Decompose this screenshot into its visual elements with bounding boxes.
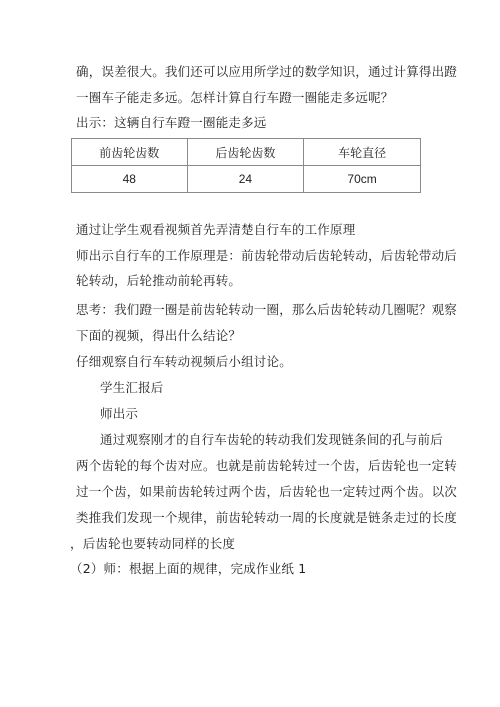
paragraph-line: 通过让学生观看视频首先弄清楚自行车的工作原理 [76,222,355,238]
table-cell: 48 [72,166,188,193]
table-header-row: 前齿轮齿数 后齿轮齿数 车轮直径 [72,139,421,166]
bicycle-spec-table: 前齿轮齿数 后齿轮齿数 车轮直径 48 24 70cm [71,138,421,193]
paragraph-line: 一圈车子能走多远。怎样计算自行车蹬一圈能走多远呢？ [76,90,394,106]
table-row: 48 24 70cm [72,166,421,193]
paragraph-line: 师出示自行车的工作原理是：前齿轮带动后齿轮转动，后齿轮带动后 [76,248,457,264]
table-header-cell: 后齿轮齿数 [187,139,304,166]
paragraph-line: 出示：这辆自行车蹬一圈能走多远 [76,115,267,131]
paragraph-line: 轮转动，后轮推动前轮再转。 [76,273,241,289]
paragraph-line: 过一个齿，如果前齿轮转过两个齿，后齿轮也一定转过两个齿。以次 [76,484,457,500]
table-cell: 70cm [304,166,421,193]
paragraph-line: 下面的视频，得出什么结论？ [76,328,241,344]
paragraph-line: 思考：我们蹬一圈是前齿轮转动一圈，那么后齿轮转动几圈呢？观察 [76,302,457,318]
paragraph-line: 师出示 [100,406,138,422]
table-header-cell: 前齿轮齿数 [72,139,188,166]
table-cell: 24 [187,166,304,193]
paragraph-line: （2）师：根据上面的规律，完成作业纸 1 [70,561,306,577]
paragraph-line: ，后齿轮也要转动同样的长度 [70,536,235,552]
paragraph-line: 类推我们发现一个规律，前齿轮转动一周的长度就是链条走过的长度 [76,510,457,526]
paragraph-line: 通过观察刚才的自行车齿轮的转动我们发现链条间的孔与前后 [100,432,443,448]
paragraph-line: 学生汇报后 [100,380,164,396]
paragraph-line: 两个齿轮的每个齿对应。也就是前齿轮转过一个齿，后齿轮也一定转 [76,458,457,474]
table-header-cell: 车轮直径 [304,139,421,166]
paragraph-line: 确，误差很大。我们还可以应用所学过的数学知识，通过计算得出蹬 [76,64,457,80]
paragraph-line: 仔细观察自行车转动视频后小组讨论。 [76,354,292,370]
